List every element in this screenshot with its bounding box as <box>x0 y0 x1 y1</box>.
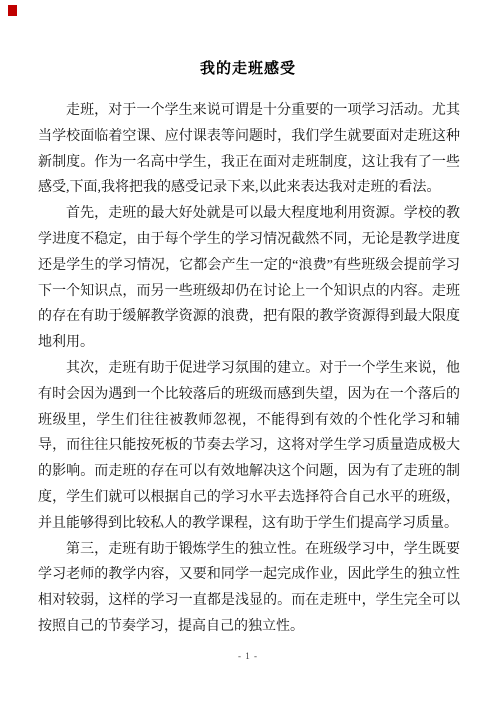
page-number: - 1 - <box>0 651 496 662</box>
document-page: 我的走班感受 走班，对于一个学生来说可谓是十分重要的一项学习活动。尤其当学校面临… <box>0 0 496 702</box>
paragraph-second-point: 其次，走班有助于促进学习氛围的建立。对于一个学生来说，他有时会因为遇到一个比较落… <box>38 356 460 537</box>
paragraph-first-point: 首先，走班的最大好处就是可以最大程度地利用资源。学校的教学进度不稳定，由于每个学… <box>38 201 460 356</box>
red-corner-mark <box>8 5 17 16</box>
paragraph-third-point: 第三，走班有助于锻炼学生的独立性。在班级学习中，学生既要学习老师的教学内容，又要… <box>38 537 460 640</box>
document-title: 我的走班感受 <box>0 0 496 80</box>
paragraph-intro: 走班，对于一个学生来说可谓是十分重要的一项学习活动。尤其当学校面临着空课、应付课… <box>38 98 460 201</box>
document-body: 走班，对于一个学生来说可谓是十分重要的一项学习活动。尤其当学校面临着空课、应付课… <box>38 98 460 640</box>
